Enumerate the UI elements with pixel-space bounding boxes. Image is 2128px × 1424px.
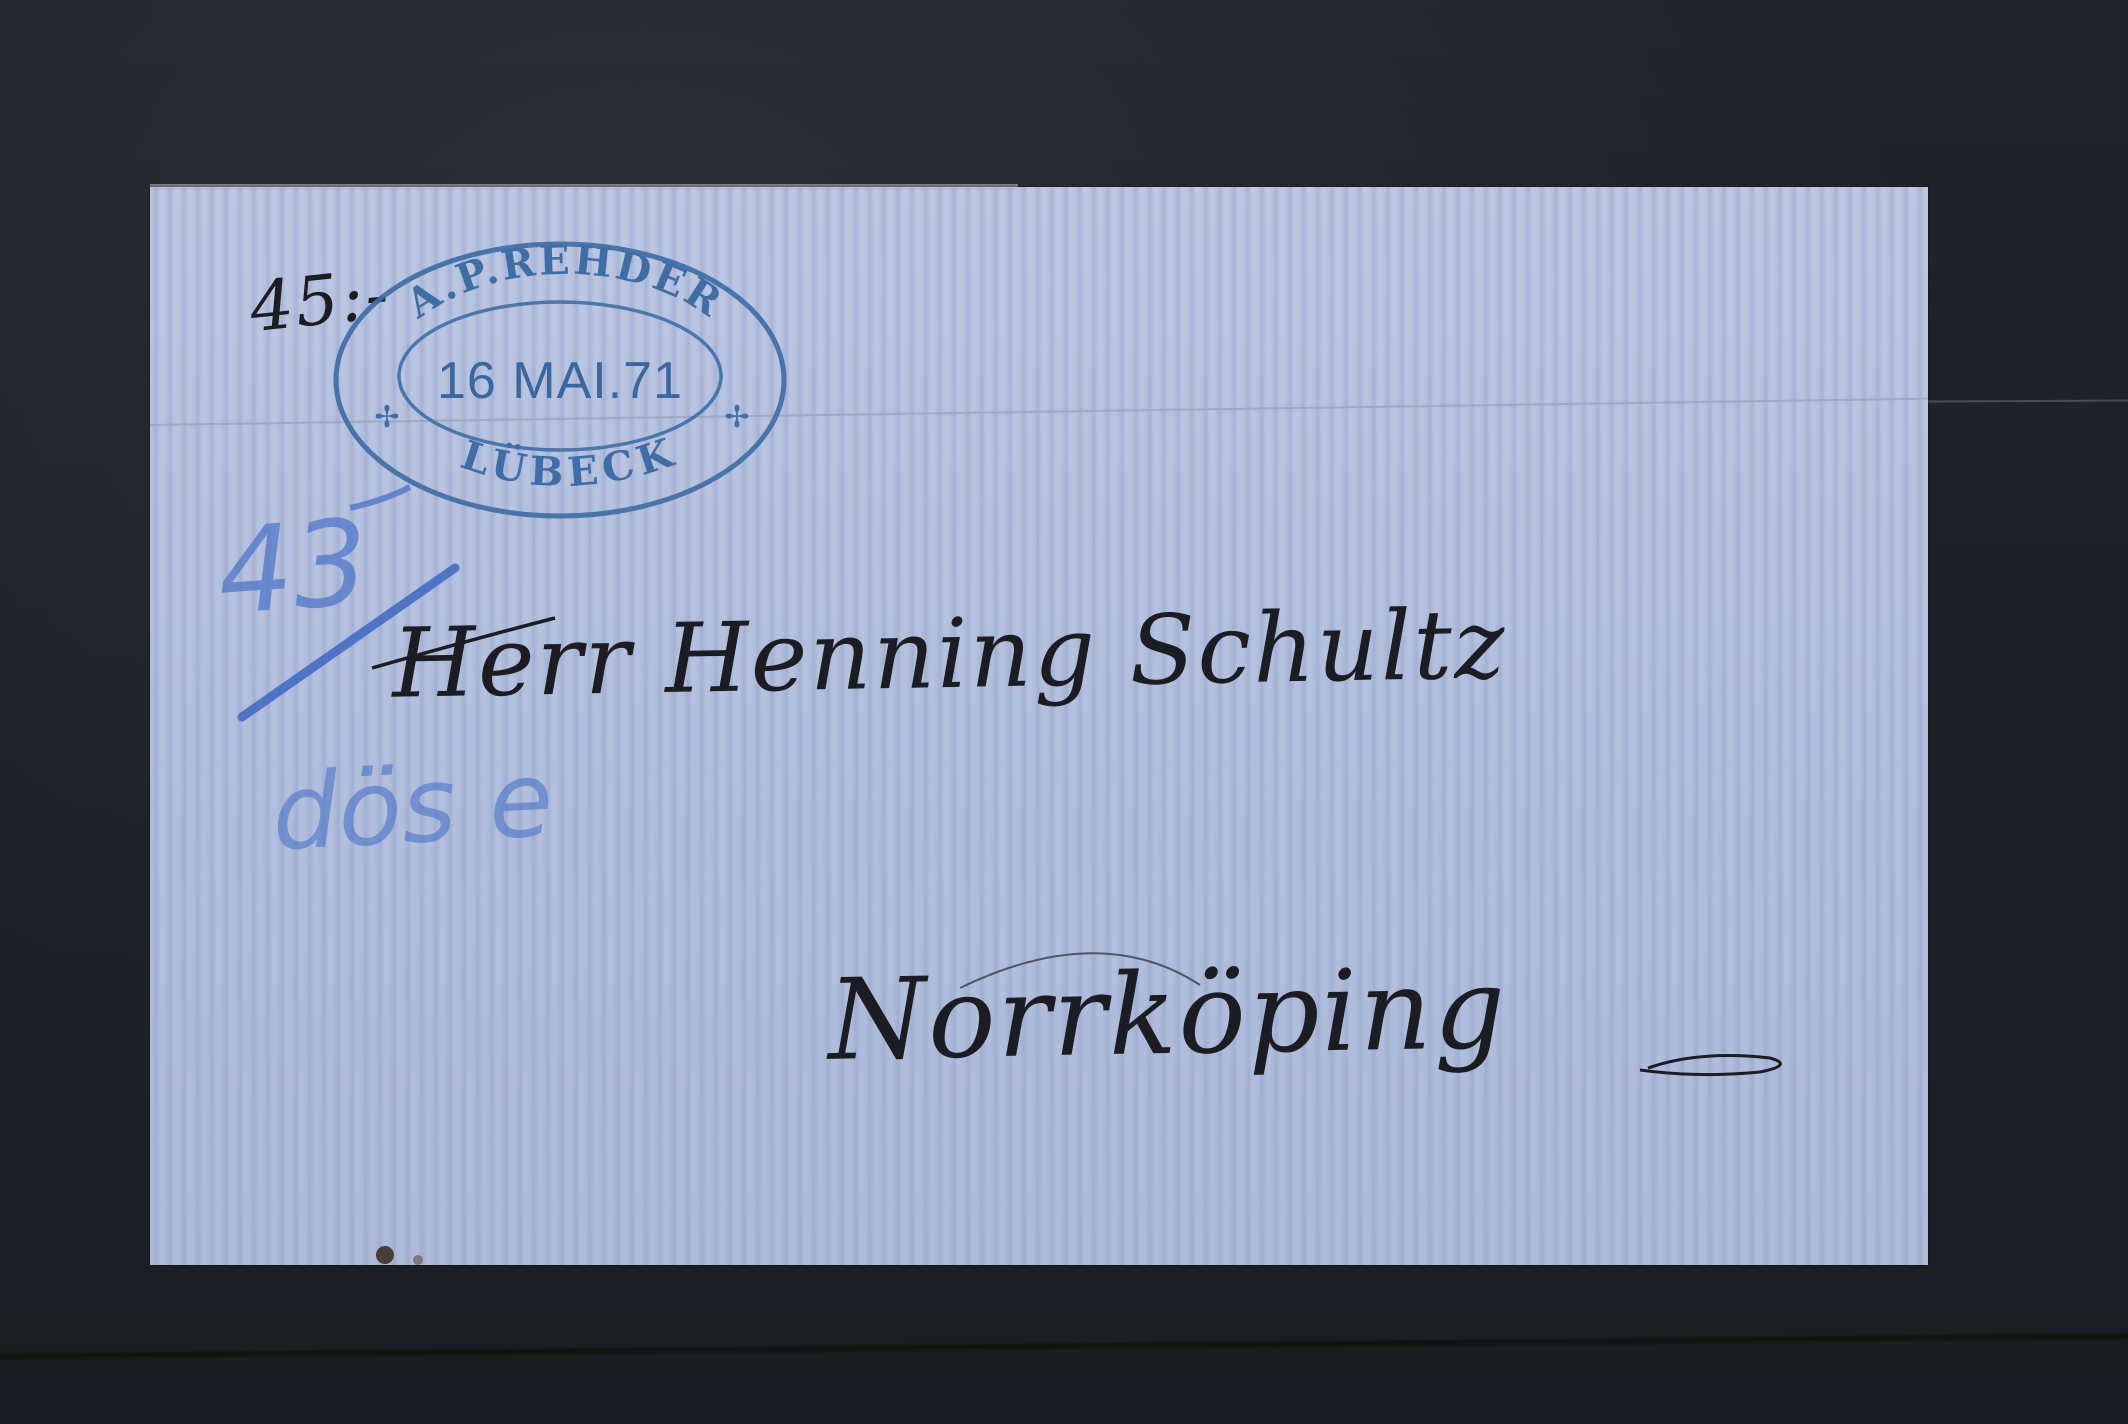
paper-stain	[376, 1246, 394, 1264]
address-flourishes	[0, 0, 2128, 1424]
photo-scene: 45:- A.P.REHDER 16 MAI.71 ✢ ✢ LÜBECK 43 …	[0, 0, 2128, 1424]
